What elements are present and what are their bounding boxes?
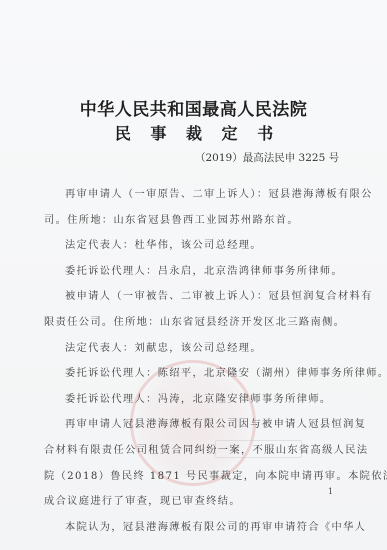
body-line-case-summary-4: 成合议庭进行了审查，现已审查终结。 <box>44 489 344 515</box>
court-title: 中华人民共和国最高人民法院 <box>0 95 387 120</box>
body-line-case-summary-2: 合材料有限责任公司租赁合同纠纷一案，不服山东省高级人民法 <box>44 438 344 464</box>
body-line-court-opinion: 本院认为，冠县港海薄板有限公司的再审申请符合《中华人 <box>44 515 344 541</box>
body-line-respondent-agent-1: 委托诉讼代理人：陈绍平，北京隆安（湖州）律师事务所律师。 <box>44 361 344 387</box>
body-line-respondent-address: 限责任公司。住所地：山东省冠县经济开发区北三路南侧。 <box>44 310 344 336</box>
document-body: 再审申请人（一审原告、二审上诉人）：冠县港海薄板有限公 司。住所地：山东省冠县鲁… <box>44 182 344 540</box>
body-line-petitioner-legal-rep: 法定代表人：杜华伟，该公司总经理。 <box>44 233 344 259</box>
document-page: 中华人民共和国最高人民法院 民 事 裁 定 书 （2019）最高法民申 3225… <box>0 0 387 550</box>
body-line-petitioner-address: 司。住所地：山东省冠县鲁西工业园苏州路东首。 <box>44 208 344 234</box>
body-line-petitioner: 再审申请人（一审原告、二审上诉人）：冠县港海薄板有限公 <box>44 182 344 208</box>
body-line-respondent-legal-rep: 法定代表人：刘献忠，该公司总经理。 <box>44 336 344 362</box>
body-line-case-summary-1: 再审申请人冠县港海薄板有限公司因与被申请人冠县恒润复 <box>44 412 344 438</box>
body-line-petitioner-agent: 委托诉讼代理人：吕永启，北京浩鸿律师事务所律师。 <box>44 259 344 285</box>
case-number: （2019）最高法民申 3225 号 <box>195 150 339 165</box>
body-line-respondent-agent-2: 委托诉讼代理人：冯涛，北京隆安律师事务所律师。 <box>44 387 344 413</box>
page-number: 1 <box>328 487 333 496</box>
document-type-heading: 民 事 裁 定 书 <box>0 121 387 144</box>
body-line-case-summary-3: 院（2018）鲁民终 1871 号民事裁定，向本院申请再审。本院依法组 <box>44 464 344 490</box>
body-line-respondent: 被申请人（一审被告、二审被上诉人）：冠县恒润复合材料有 <box>44 284 344 310</box>
